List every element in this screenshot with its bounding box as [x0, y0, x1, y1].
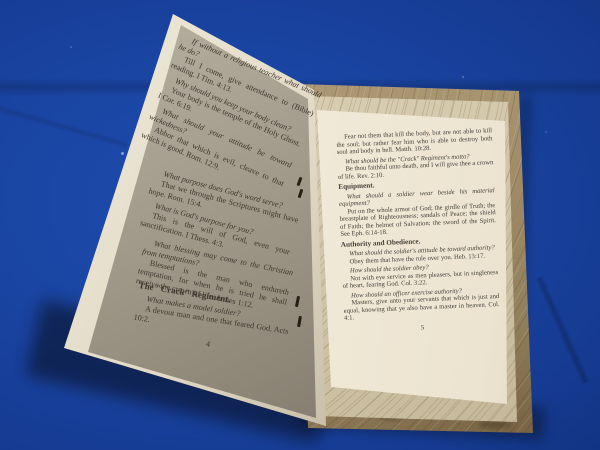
staple	[297, 177, 303, 186]
book-shadow	[508, 96, 532, 428]
lint-speck	[545, 131, 547, 133]
page-number: 5	[344, 321, 500, 335]
cover-stain	[378, 412, 404, 420]
right-page-text: Fear not them that kill the body, but ar…	[336, 127, 501, 335]
answer-text: Put on the whole armor of God; the girdl…	[339, 202, 496, 239]
fabric-fold	[535, 275, 591, 384]
cover-stain	[320, 404, 362, 414]
staple	[297, 316, 302, 327]
lint-speck	[121, 152, 124, 155]
cover-stain	[478, 420, 512, 429]
photo-open-booklet-scene: Fear not them that kill the body, but ar…	[0, 0, 600, 450]
lint-speck	[462, 76, 464, 78]
lint-speck	[70, 46, 72, 48]
staple	[298, 189, 304, 198]
fabric-fold	[0, 100, 128, 150]
page-edge-stain	[272, 392, 310, 401]
page-edge-stain	[196, 374, 210, 380]
staple	[295, 296, 300, 307]
page-edge-stain	[232, 382, 262, 390]
